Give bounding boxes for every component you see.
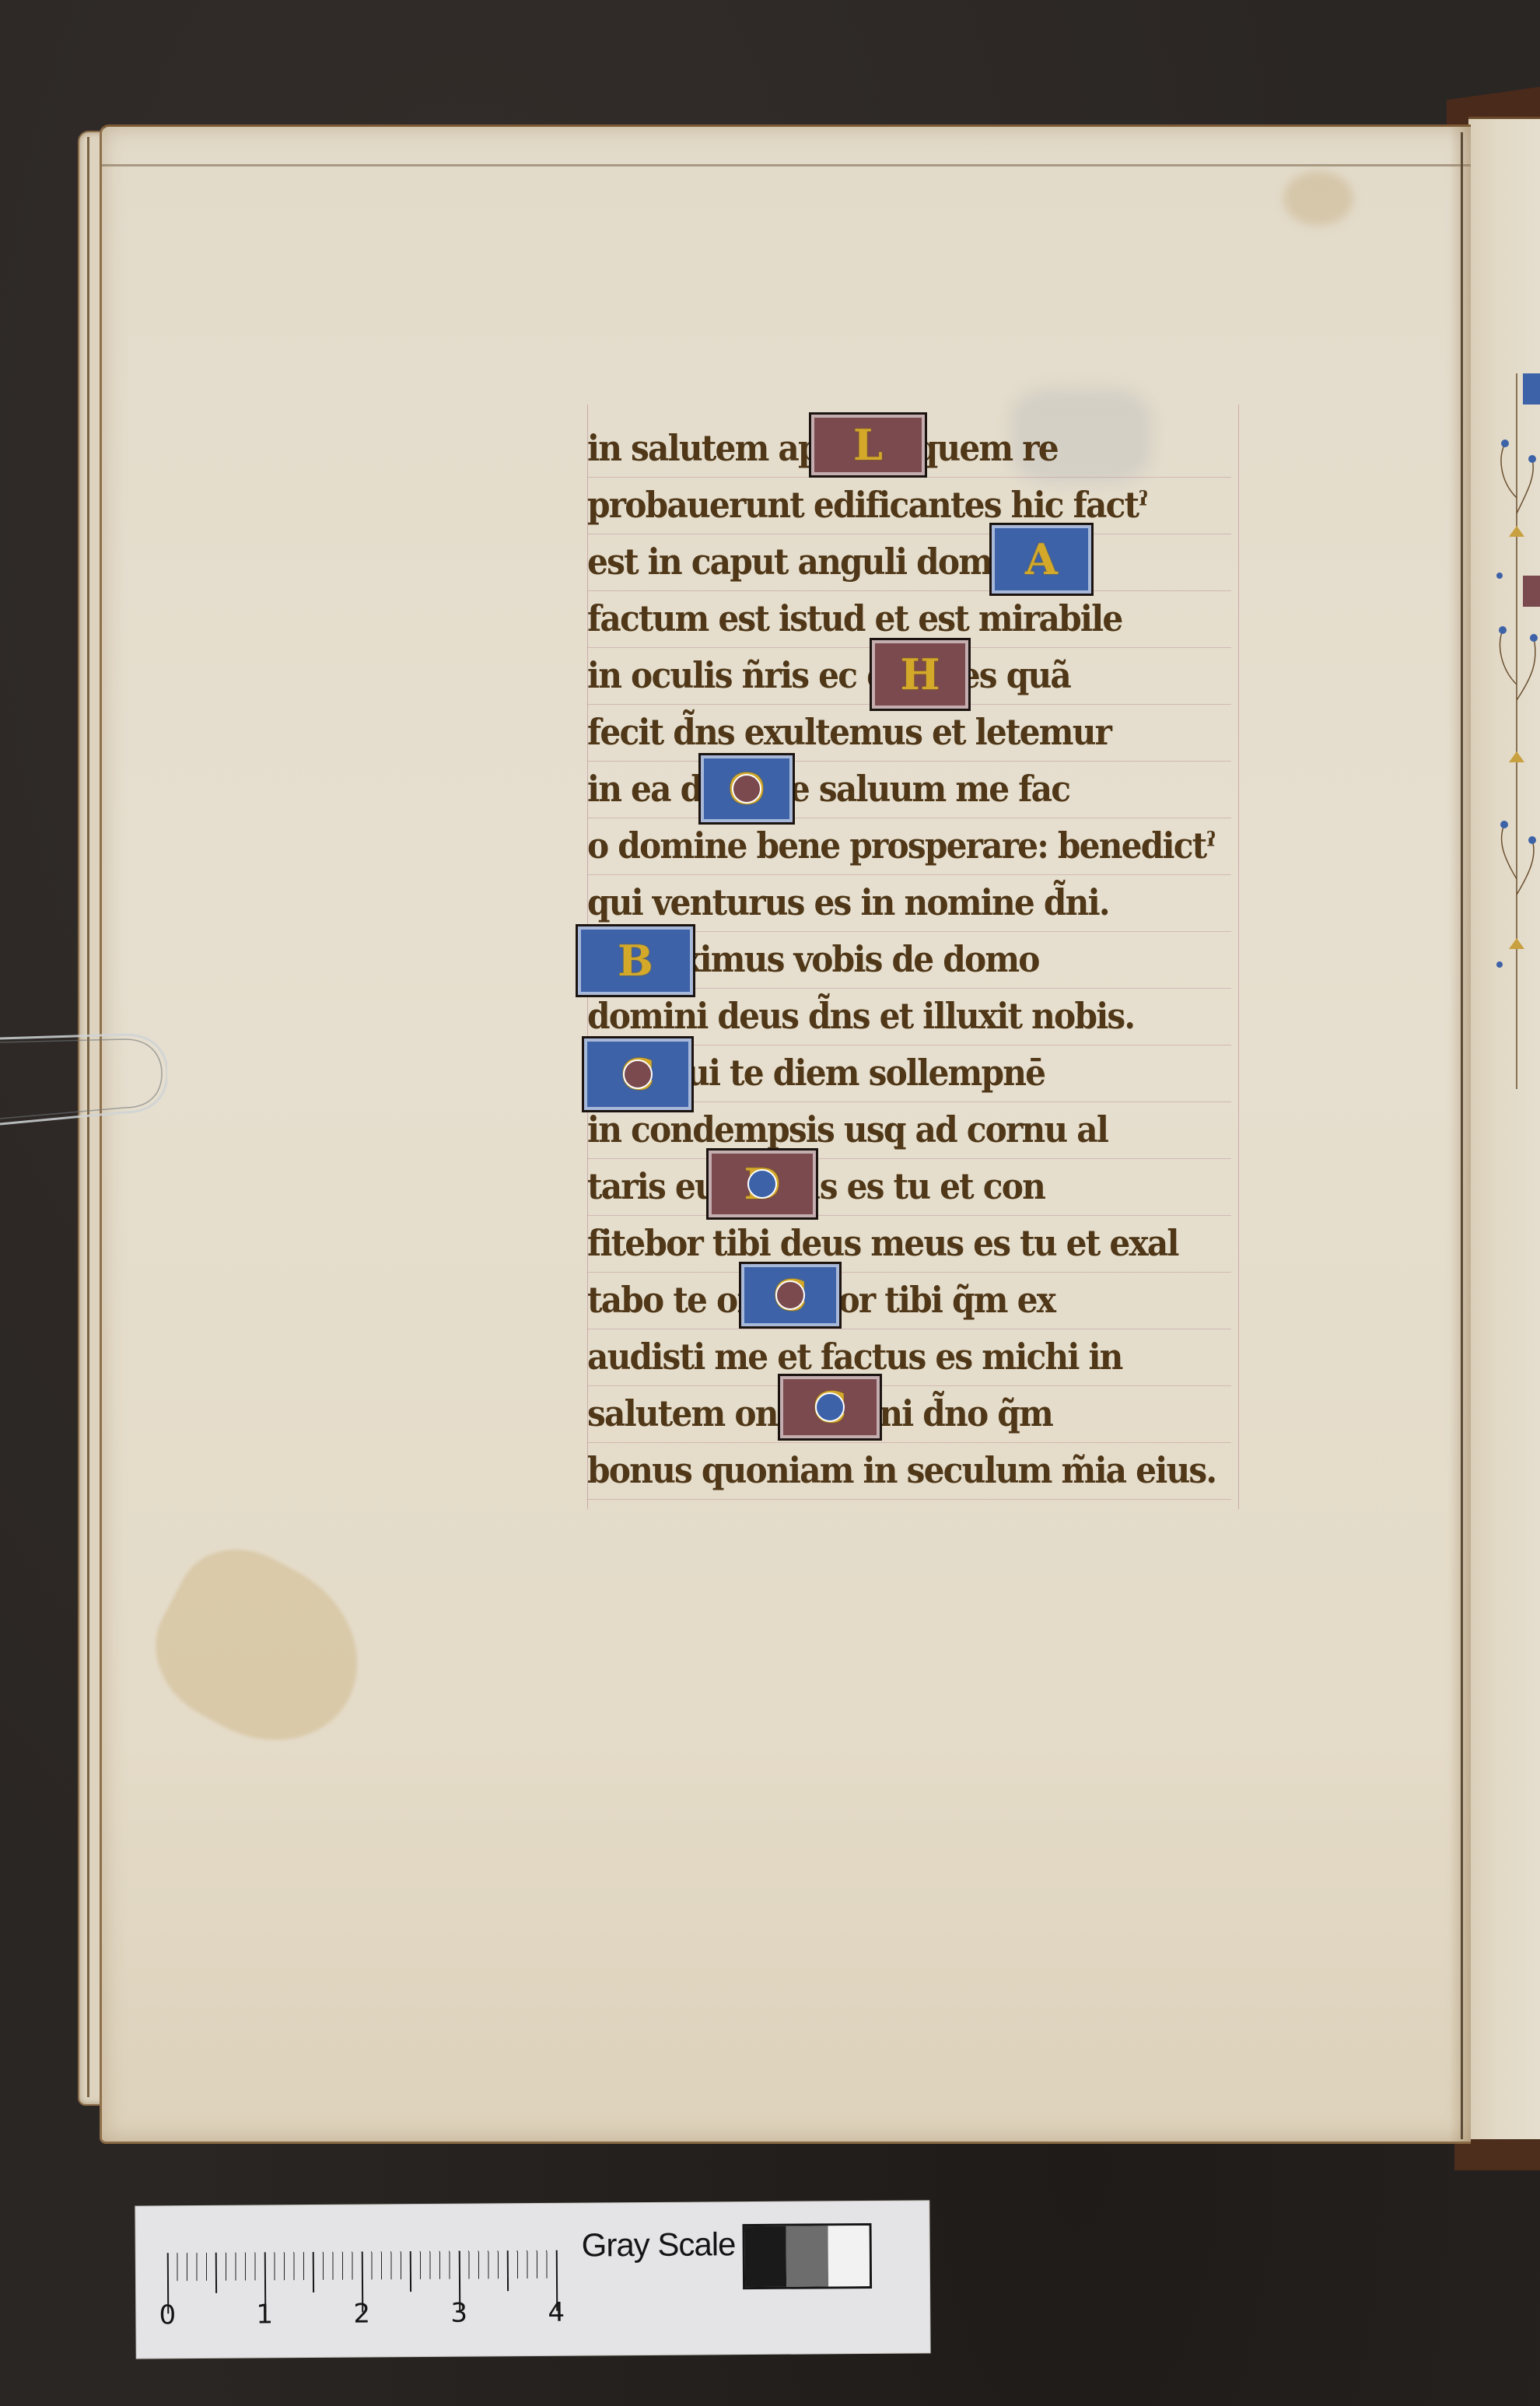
- initial-letter: A: [1025, 534, 1058, 584]
- scale-bar: 0 1 2 3 4 Gray Scale: [135, 2201, 929, 2358]
- ruler-minor-ticks: [167, 2250, 556, 2281]
- gray-scale-label: Gray Scale: [582, 2226, 736, 2264]
- illuminated-initial-c: C: [582, 1036, 694, 1112]
- initial-core: [623, 1059, 653, 1089]
- swatch-black: [745, 2226, 787, 2287]
- text-line: probauerunt edificantes hic factˀ: [587, 477, 1231, 534]
- initial-letter: H: [900, 650, 940, 699]
- illuminated-initial-o: O: [698, 753, 795, 825]
- illuminated-initial-h: H: [870, 638, 971, 711]
- text-line: taris eus meus es tu et con: [587, 1158, 1231, 1216]
- text-line: salutem onfitemini d̃no q̃m: [587, 1385, 1231, 1443]
- illuminated-initial-c3: C: [778, 1374, 882, 1441]
- initial-core: [747, 1169, 777, 1199]
- text-line: fitebor tibi deus meus es tu et exal: [587, 1215, 1231, 1273]
- ruler-label: 1: [256, 2299, 273, 2330]
- text-line: bonus quoniam in seculum m̃ia eius.: [587, 1442, 1231, 1500]
- binding-bottom: [1454, 2139, 1540, 2170]
- initial-core: [732, 774, 761, 804]
- paper-clip-icon: [0, 1019, 167, 1128]
- page-gutter-shadow: [1449, 127, 1471, 2142]
- illuminated-initial-c2: C: [739, 1262, 842, 1329]
- ruler-label: 0: [159, 2299, 176, 2331]
- ruler-label: 3: [450, 2298, 467, 2329]
- initial-letter: B: [618, 936, 653, 986]
- stain-top-right: [1283, 171, 1353, 226]
- text-line: tabo te onfitebor tibi q̃m ex: [587, 1272, 1231, 1329]
- gray-scale-swatches: [743, 2223, 873, 2289]
- text-line: audisti me et factus es michi in: [587, 1329, 1231, 1386]
- initial-core: [815, 1392, 845, 1422]
- illuminated-initial-b: B: [576, 924, 695, 997]
- illuminated-initial-a: A: [989, 523, 1094, 596]
- gutter-line: [1461, 132, 1463, 2139]
- illuminated-initial-d: D: [706, 1148, 818, 1220]
- ruler-label: 2: [353, 2298, 370, 2329]
- text-line: o domine bene prosperare: benedictˀ: [587, 818, 1231, 875]
- swatch-white: [828, 2226, 870, 2286]
- page-top-fold: [102, 164, 1471, 166]
- initial-letter: L: [853, 420, 883, 470]
- illuminated-initial-l: L: [809, 412, 927, 478]
- initial-core: [775, 1280, 805, 1310]
- ruler-label: 4: [548, 2297, 565, 2328]
- text-line: in ea domine saluum me fac: [587, 761, 1231, 818]
- swatch-gray: [786, 2226, 828, 2286]
- text-line: qui venturus es in nomine d̃ni.: [587, 874, 1231, 932]
- text-line: fecit d̃ns exultemus et letemur: [587, 704, 1231, 762]
- marginal-spray-icon: [1493, 373, 1540, 1089]
- text-line: est in caput anguli domino: [587, 534, 1231, 591]
